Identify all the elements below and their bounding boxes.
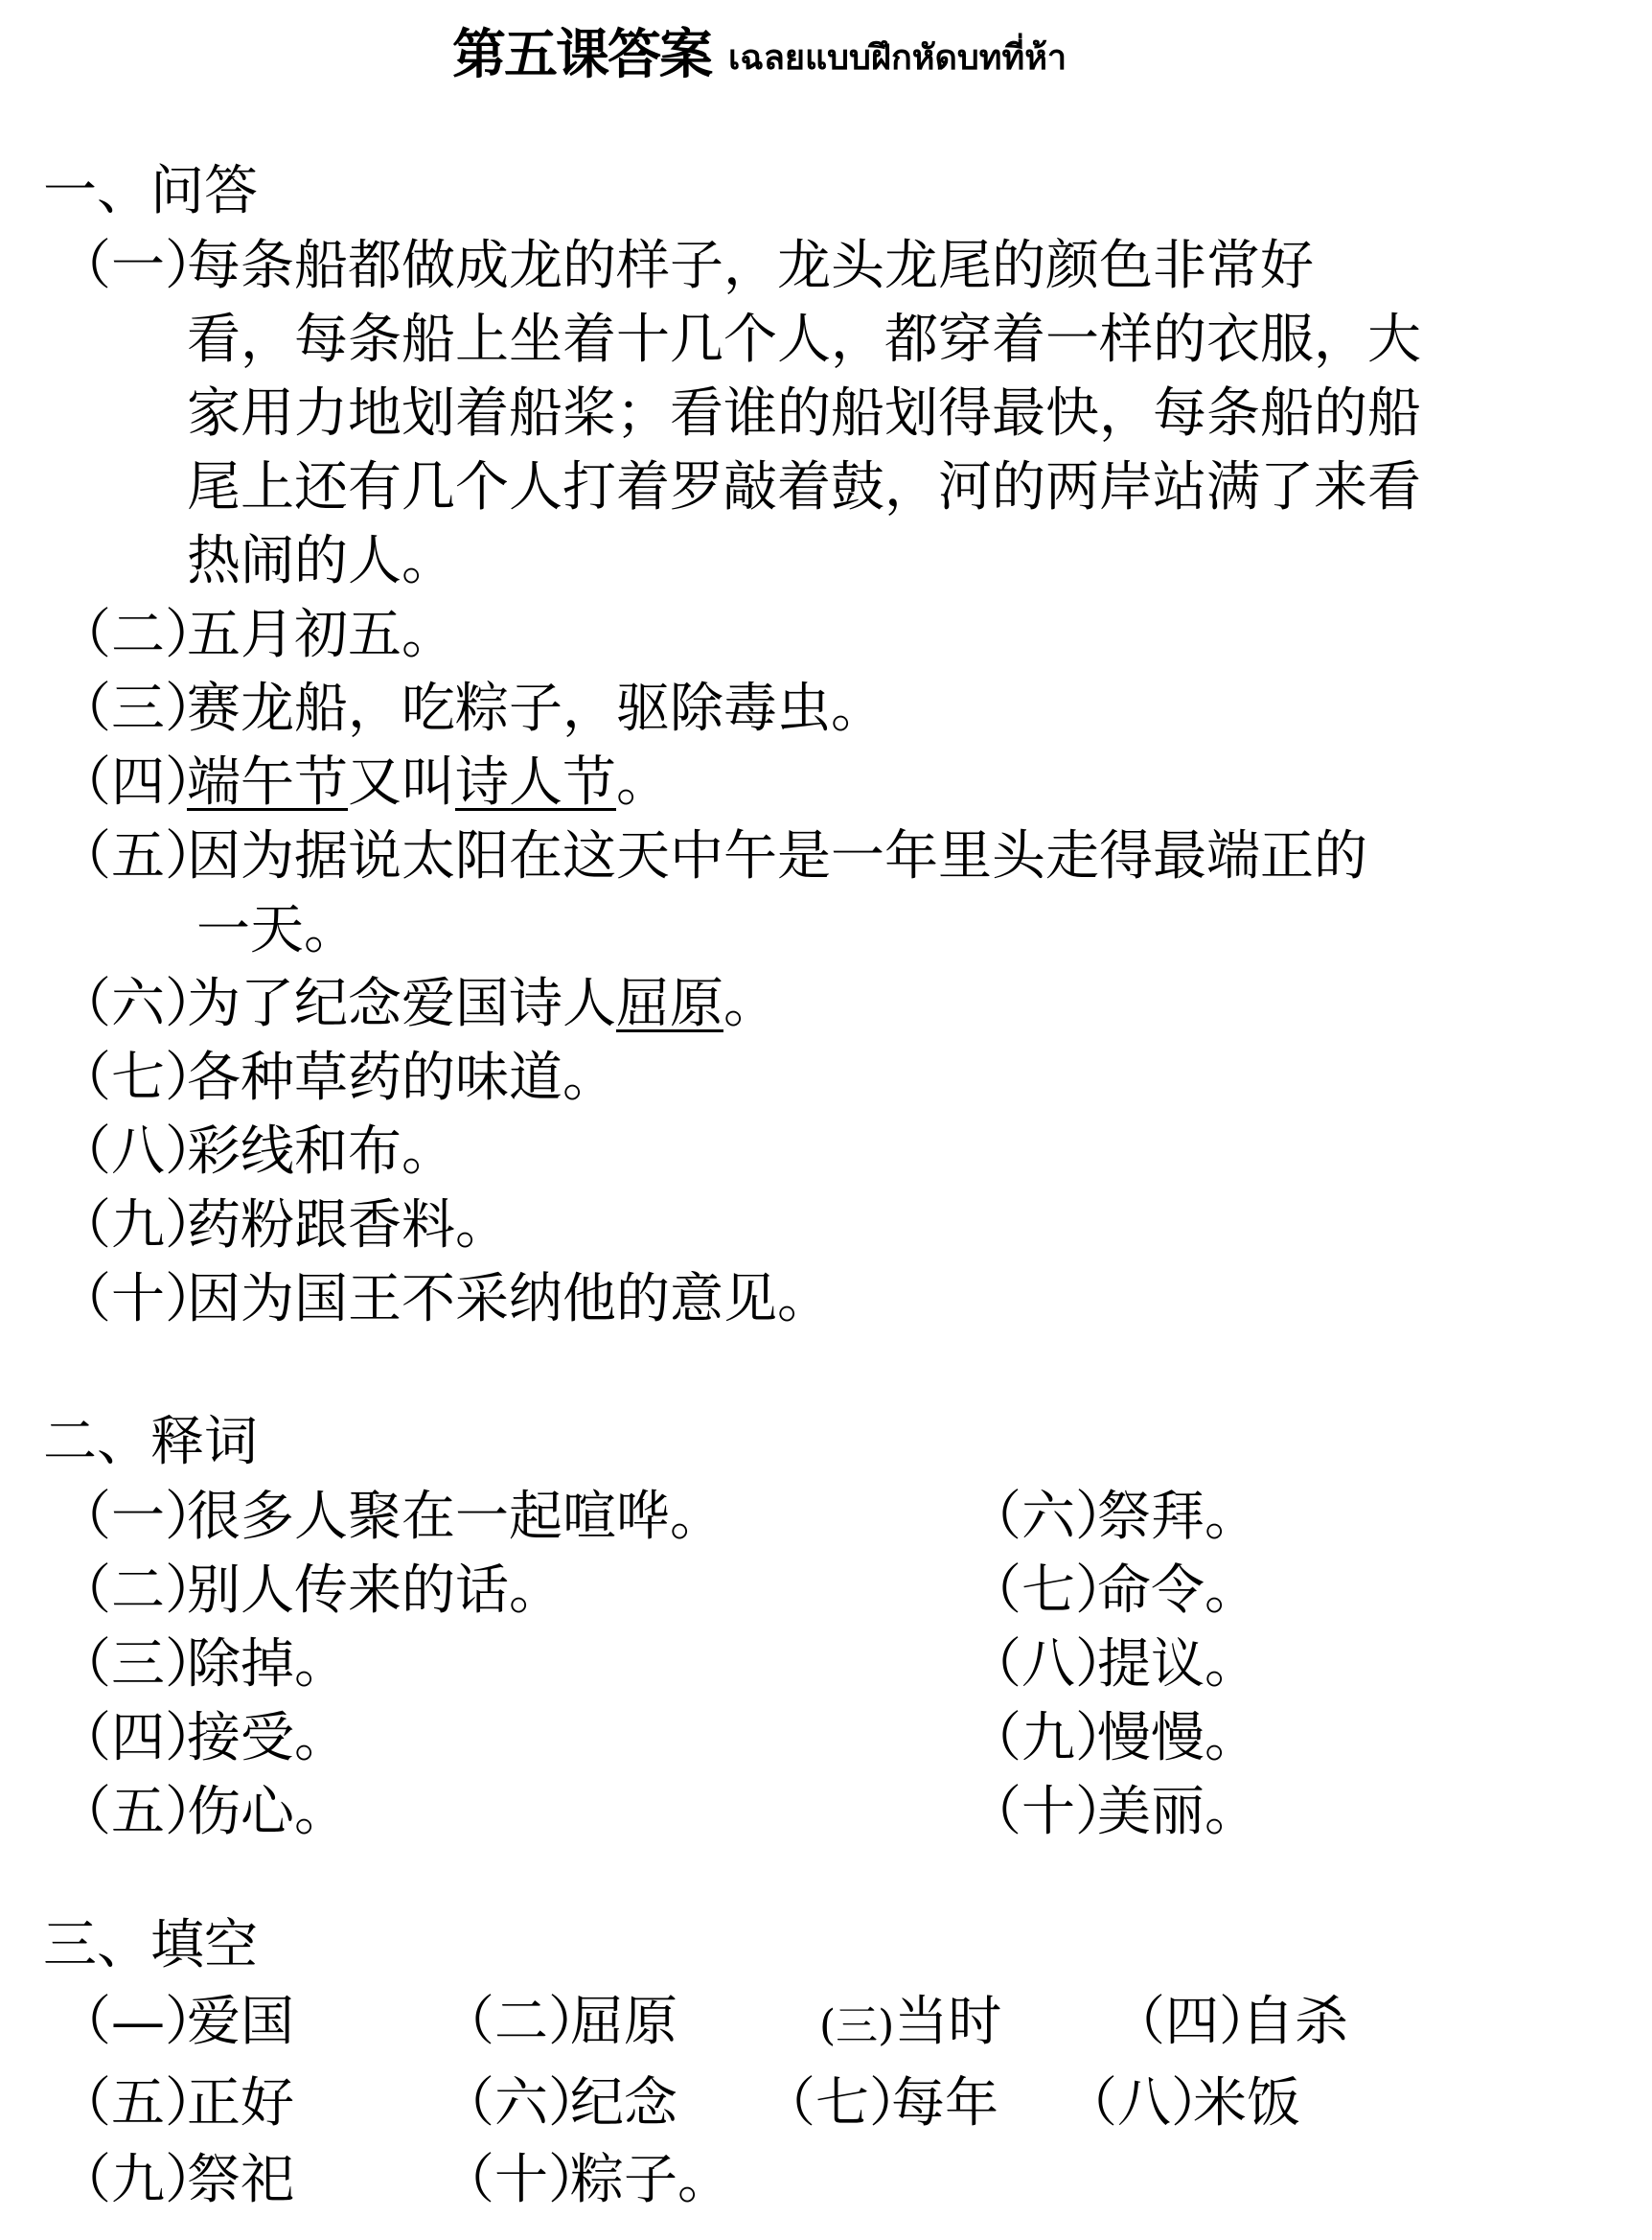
qa-item-5-cont: 一天。	[196, 897, 357, 964]
item-text: 因为据说太阳在这天中午是一年里头走得最端正的	[187, 825, 1367, 888]
item-number: （八）	[57, 1119, 187, 1186]
item-text: 伤心。	[187, 1781, 348, 1843]
item-number: （八）	[1064, 2070, 1193, 2137]
item-number: （三）	[57, 1631, 187, 1698]
item-number: （八）	[968, 1631, 1097, 1698]
fill-item: （五）正好	[57, 2070, 294, 2137]
qa-item-1: （一）每条船都做成龙的样子，龙头龙尾的颜色非常好	[57, 233, 1314, 300]
definition-item: （二）别人传来的话。	[57, 1558, 562, 1625]
item-text: 每年	[891, 2072, 998, 2135]
item-number: （十）	[57, 1266, 187, 1333]
item-text: 。	[616, 751, 670, 814]
item-text: 别人传来的话。	[187, 1559, 562, 1622]
item-number: （五）	[57, 2070, 187, 2137]
fill-item: （八）米饭	[1064, 2070, 1300, 2137]
item-text: 当时	[894, 1991, 1001, 2053]
qa-item-5: （五）因为据说太阳在这天中午是一年里头走得最端正的	[57, 823, 1367, 890]
item-number: （四）	[57, 750, 187, 817]
item-number: （六）	[441, 2070, 570, 2137]
qa-item-8: （八）彩线和布。	[57, 1119, 455, 1186]
item-number: （二）	[441, 1989, 570, 2056]
fill-item: （七）每年	[762, 2070, 998, 2137]
item-number: (三)	[819, 1993, 894, 2060]
definition-item: （四）接受。	[57, 1705, 348, 1772]
item-text: 为了纪念爱国诗人	[187, 973, 616, 1035]
item-number: （四）	[1112, 1989, 1241, 2056]
item-text: 因为国王不采纳他的意见。	[187, 1268, 831, 1330]
qa-item-1-cont: 看，每条船上坐着十几个人，都穿着一样的衣服，大	[187, 307, 1421, 374]
qa-item-9: （九）药粉跟香料。	[57, 1192, 509, 1259]
fill-item: （四）自杀	[1112, 1989, 1348, 2056]
underlined-term: 诗人节	[455, 751, 616, 814]
item-number: （七）	[762, 2070, 891, 2137]
title-thai: เฉลยแบบฝึกหัดบทที่ห้า	[728, 37, 1067, 78]
item-text: 美丽。	[1097, 1781, 1258, 1843]
qa-item-2: （二）五月初五。	[57, 602, 455, 669]
definition-item: （五）伤心。	[57, 1779, 348, 1846]
section-heading-qa: 一、问答	[43, 158, 258, 225]
qa-item-3: （三）赛龙船，吃粽子，驱除毒虫。	[57, 676, 884, 743]
item-number: （七）	[57, 1045, 187, 1112]
item-text: 很多人聚在一起喧哗。	[187, 1486, 723, 1548]
item-number: （一）	[57, 1484, 187, 1551]
item-text: 药粉跟香料。	[187, 1194, 509, 1257]
qa-item-4: （四）端午节又叫诗人节。	[57, 750, 670, 817]
item-text: 五月初五。	[187, 604, 455, 666]
item-text: 纪念	[570, 2072, 677, 2135]
qa-item-1-cont: 尾上还有几个人打着罗敲着鼓，河的两岸站满了来看	[187, 454, 1421, 521]
item-text: 提议。	[1097, 1633, 1258, 1696]
title-chinese: 第五课答案	[452, 23, 711, 86]
definition-item: （八）提议。	[968, 1631, 1258, 1698]
underlined-term: 屈原	[616, 973, 723, 1035]
item-number: （五）	[57, 1779, 187, 1846]
item-number: （六）	[57, 971, 187, 1038]
section-heading-definitions: 二、释词	[43, 1409, 258, 1476]
qa-item-7: （七）各种草药的味道。	[57, 1045, 616, 1112]
qa-item-1-cont: 热闹的人。	[187, 528, 455, 595]
section-heading-fill-in: 三、填空	[43, 1912, 258, 1979]
definition-item: （七）命令。	[968, 1558, 1258, 1625]
item-text: 慢慢。	[1097, 1707, 1258, 1769]
item-text: 祭祀	[187, 2149, 294, 2211]
item-number: （九）	[968, 1705, 1097, 1772]
item-text: 正好	[187, 2072, 294, 2135]
item-text: 粽子。	[570, 2149, 731, 2211]
definition-item: （十）美丽。	[968, 1779, 1258, 1846]
item-text: 命令。	[1097, 1559, 1258, 1622]
item-number: （—）	[57, 1989, 187, 2056]
fill-item: （九）祭祀	[57, 2147, 294, 2214]
item-text: 彩线和布。	[187, 1120, 455, 1183]
fill-item: （六）纪念	[441, 2070, 677, 2137]
item-text: 又叫	[348, 751, 455, 814]
definition-item: （六）祭拜。	[968, 1484, 1258, 1551]
fill-item: （—）爱国	[57, 1989, 294, 2056]
item-text: 爱国	[187, 1991, 294, 2053]
item-text: 每条船都做成龙的样子，龙头龙尾的颜色非常好	[187, 235, 1314, 297]
item-number: （二）	[57, 602, 187, 669]
qa-item-6: （六）为了纪念爱国诗人屈原。	[57, 971, 777, 1038]
item-number: （九）	[57, 2147, 187, 2214]
item-text: 米饭	[1193, 2072, 1300, 2135]
item-number: （七）	[968, 1558, 1097, 1625]
item-number: （五）	[57, 823, 187, 890]
fill-item: （二）屈原	[441, 1989, 677, 2056]
item-text: 赛龙船，吃粽子，驱除毒虫。	[187, 678, 884, 740]
item-text: 屈原	[570, 1991, 677, 2053]
item-number: （六）	[968, 1484, 1097, 1551]
item-text: 除掉。	[187, 1633, 348, 1696]
item-text: 接受。	[187, 1707, 348, 1769]
item-number: （十）	[441, 2147, 570, 2214]
item-number: （二）	[57, 1558, 187, 1625]
item-text: 各种草药的味道。	[187, 1047, 616, 1109]
item-number: （四）	[57, 1705, 187, 1772]
fill-item: （十）粽子。	[441, 2147, 731, 2214]
definition-item: （一）很多人聚在一起喧哗。	[57, 1484, 723, 1551]
fill-item: (三)当时	[819, 1989, 1001, 2060]
item-number: （三）	[57, 676, 187, 743]
item-number: （十）	[968, 1779, 1097, 1846]
qa-item-1-cont: 家用力地划着船桨；看谁的船划得最快，每条船的船	[187, 381, 1421, 448]
item-text: 自杀	[1241, 1991, 1348, 2053]
definition-item: （九）慢慢。	[968, 1705, 1258, 1772]
page-title: 第五课答案เฉลยแบบฝึกหัดบทที่ห้า	[452, 21, 1067, 95]
qa-item-10: （十）因为国王不采纳他的意见。	[57, 1266, 831, 1333]
underlined-term: 端午节	[187, 751, 348, 814]
definition-item: （三）除掉。	[57, 1631, 348, 1698]
item-text: 祭拜。	[1097, 1486, 1258, 1548]
item-number: （九）	[57, 1192, 187, 1259]
item-text: 。	[723, 973, 777, 1035]
item-number: （一）	[57, 233, 187, 300]
